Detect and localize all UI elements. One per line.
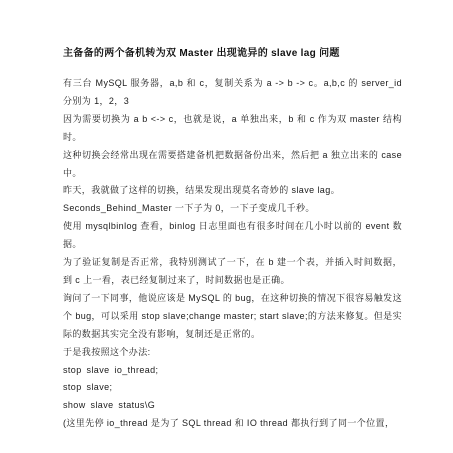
document-page: { "page": { "background": "#ffffff", "te… bbox=[0, 0, 453, 453]
article-paragraph: 询问了一下同事，他说应该是 MySQL 的 bug，在这种切换的情况下很容易触发… bbox=[63, 290, 402, 344]
article-paragraph: 有三台 MySQL 服务器，a,b 和 c，复制关系为 a -> b -> c。… bbox=[63, 75, 402, 111]
article-title: 主备备的两个备机转为双 Master 出现诡异的 slave lag 问题 bbox=[63, 47, 402, 60]
article-body: 主备备的两个备机转为双 Master 出现诡异的 slave lag 问题 有三… bbox=[63, 47, 402, 433]
article-paragraph: 昨天，我就做了这样的切换，结果发现出现莫名奇妙的 slave lag。 bbox=[63, 182, 402, 200]
article-paragraph: (这里先停 io_thread 是为了 SQL thread 和 IO thre… bbox=[63, 415, 402, 433]
article-paragraph: 因为需要切换为 a b <-> c，也就是说，a 单独出来，b 和 c 作为双 … bbox=[63, 111, 402, 147]
article-paragraph: 于是我按照这个办法: bbox=[63, 344, 402, 362]
article-paragraph: Seconds_Behind_Master 一下子为 0，一下子变成几千秒。 bbox=[63, 200, 402, 218]
article-paragraph: 为了验证复制是否正常，我特别测试了一下，在 b 建一个表，并插入时间数据，到 c… bbox=[63, 254, 402, 290]
article-paragraph: 使用 mysqlbinlog 查看，binlog 日志里面也有很多时间在几小时以… bbox=[63, 218, 402, 254]
sql-command-line: stop slave io_thread; bbox=[63, 362, 402, 380]
article-paragraph: 这种切换会经常出现在需要搭建备机把数据备份出来，然后把 a 独立出来的 case… bbox=[63, 147, 402, 183]
sql-command-line: show slave status\G bbox=[63, 397, 402, 415]
sql-command-line: stop slave; bbox=[63, 379, 402, 397]
